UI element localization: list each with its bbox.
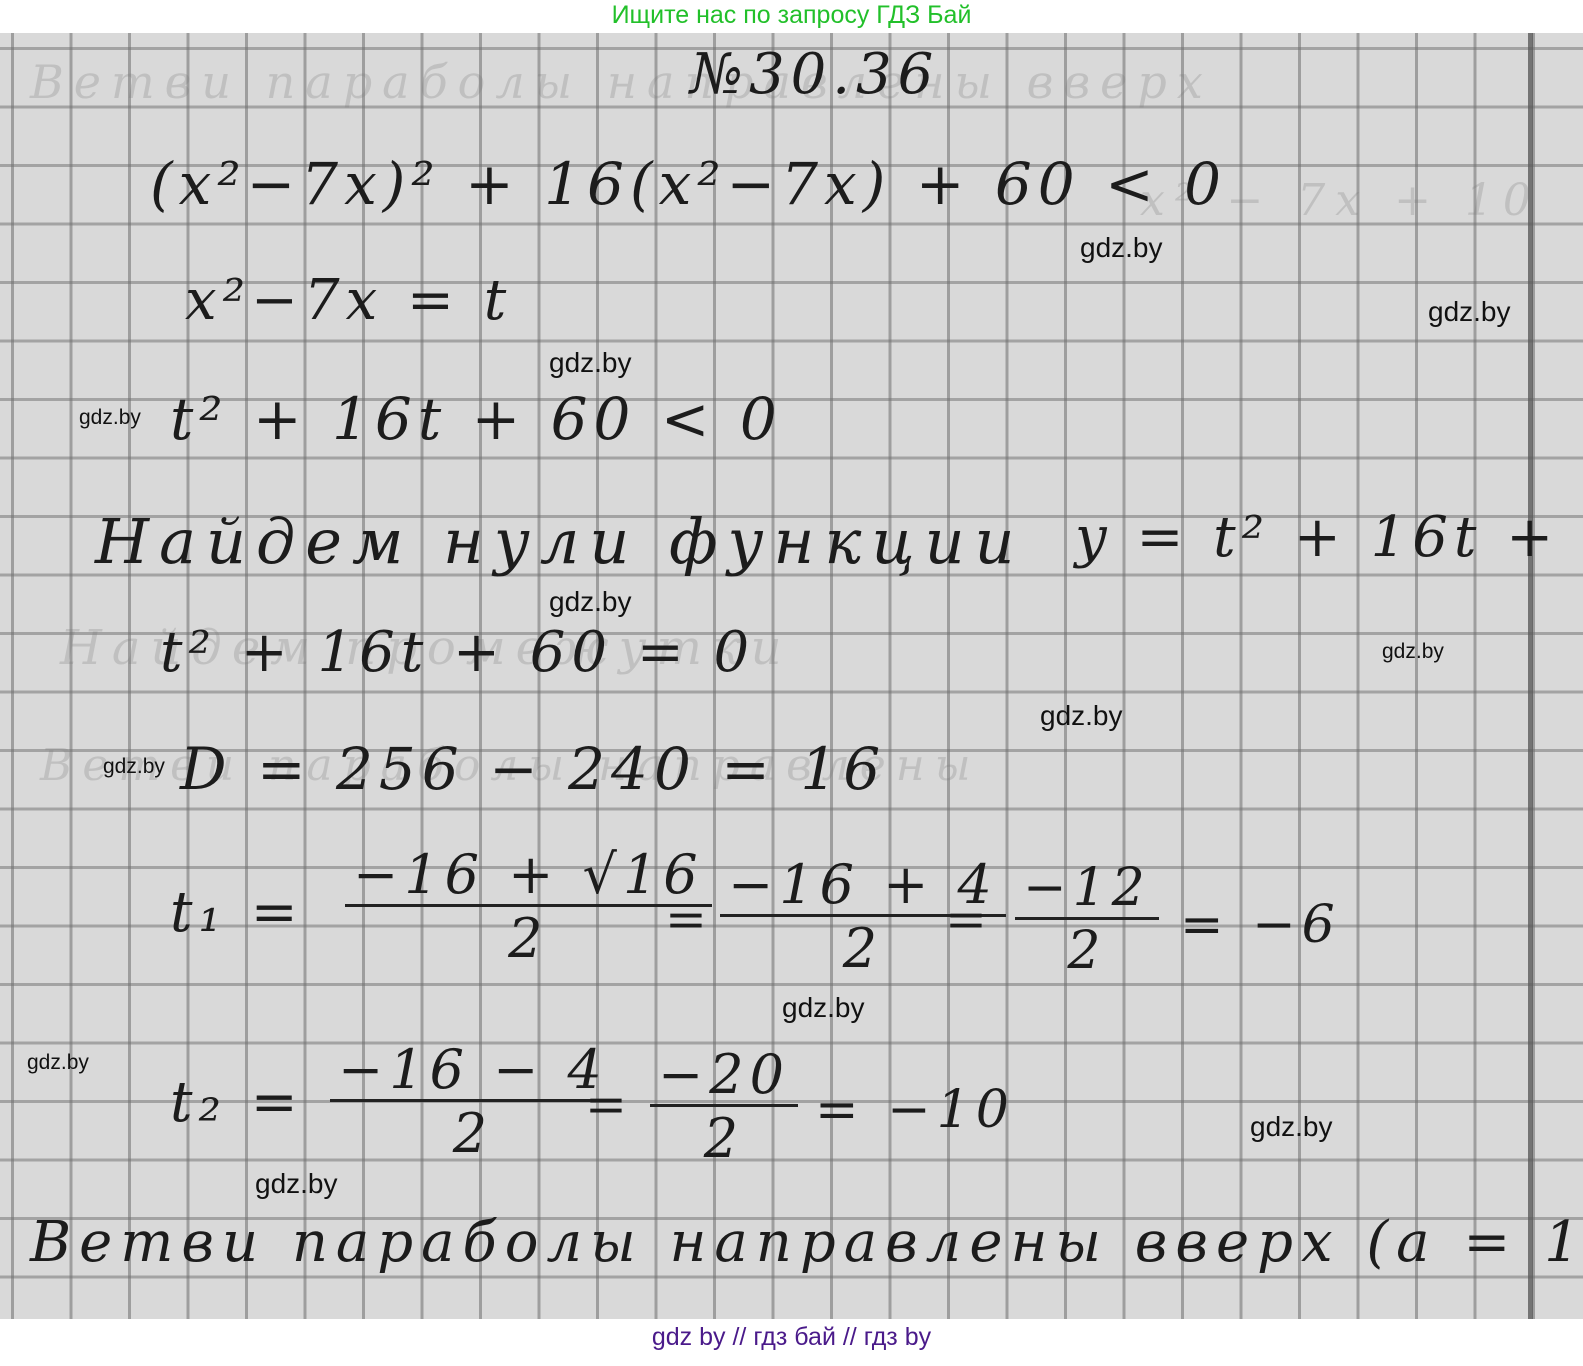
function-definition: y = t² + 16t + 60 — [1075, 505, 1583, 570]
watermark: gdz.by — [782, 992, 865, 1024]
bleed-through-text: Ветви параболы направлены вверх — [30, 55, 1213, 109]
t1-fraction-1: −16 + √16 2 — [345, 845, 712, 972]
equals-sign: = — [665, 890, 713, 948]
watermark: gdz.by — [549, 347, 632, 379]
watermark: gdz.by — [549, 586, 632, 618]
t2-label: t₂ = — [170, 1070, 304, 1135]
denominator: 2 — [453, 1102, 493, 1167]
bottom-banner[interactable]: gdz by // гдз бай // гдз by — [0, 1319, 1583, 1366]
watermark: gdz.by — [1382, 640, 1444, 664]
watermark: gdz.by — [1428, 296, 1511, 328]
discriminant-line: D = 256 − 240 = 16 — [180, 735, 886, 803]
denominator: 2 — [508, 907, 548, 972]
watermark: gdz.by — [1250, 1111, 1333, 1143]
denominator: 2 — [1067, 920, 1106, 982]
numerator: −20 — [650, 1045, 798, 1107]
numerator: −16 + √16 — [345, 845, 712, 907]
watermark: gdz.by — [1080, 232, 1163, 264]
problem-number: №30.36 — [690, 42, 939, 107]
numerator: −12 — [1015, 860, 1159, 920]
quadratic-equation: t² + 16t + 60 = 0 — [160, 620, 755, 685]
substitution-line: x²−7x = t — [185, 268, 512, 333]
t2-fraction-2: −20 2 — [650, 1045, 798, 1172]
t2-fraction-1: −16 − 4 2 — [330, 1040, 616, 1167]
t2-result: = −10 — [815, 1080, 1015, 1140]
t1-label: t₁ = — [170, 880, 304, 945]
original-inequality: (x²−7x)² + 16(x²−7x) + 60 < 0 — [150, 150, 1227, 218]
watermark: gdz.by — [79, 406, 141, 430]
reduced-inequality: t² + 16t + 60 < 0 — [170, 385, 783, 453]
watermark: gdz.by — [255, 1168, 338, 1200]
denominator: 2 — [704, 1107, 744, 1172]
t1-result: = −6 — [1180, 895, 1341, 955]
numerator: −16 − 4 — [330, 1040, 616, 1102]
conclusion-text: Ветви параболы направлены вверх (a = 1 >… — [30, 1210, 1583, 1275]
watermark: gdz.by — [103, 755, 165, 779]
equals-sign: = — [585, 1075, 633, 1133]
t1-fraction-3: −12 2 — [1015, 860, 1159, 983]
find-zeros-text: Найдем нули функции — [95, 505, 1024, 578]
top-banner[interactable]: Ищите нас по запросу ГДЗ Бай — [0, 0, 1583, 33]
equals-sign: = — [945, 890, 993, 948]
denominator: 2 — [843, 917, 883, 982]
watermark: gdz.by — [27, 1051, 89, 1075]
watermark: gdz.by — [1040, 700, 1123, 732]
